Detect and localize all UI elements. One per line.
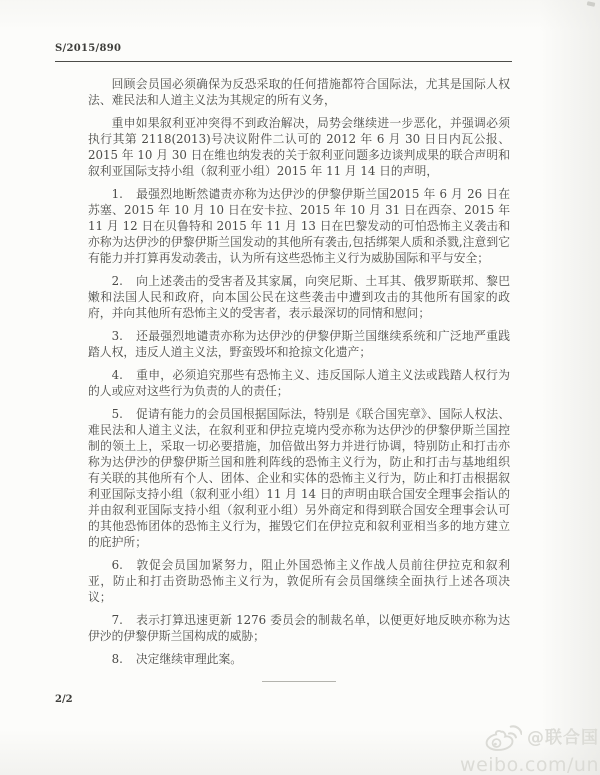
document-number: S/2015/890 xyxy=(55,43,121,54)
page-number: 2/2 xyxy=(55,694,73,705)
item-text: 促请有能力的会员国根据国际法，特别是《联合国宪章》、国际人权法、难民法和人道主义… xyxy=(88,407,510,549)
item-text: 重申，必须追究那些有恐怖主义、违反国际人道主义法或践踏人权行为的人或应对这些行为… xyxy=(88,368,510,398)
item-text: 最强烈地断然谴责亦称为达伊沙的伊黎伊斯兰国2015 年 6 月 26 日在苏塞、… xyxy=(88,187,510,265)
list-item: 5.促请有能力的会员国根据国际法，特别是《联合国宪章》、国际人权法、难民法和人道… xyxy=(88,406,510,550)
preamble-text: 回顾会员国必须确保为反恐采取的任何措施都符合国际法，尤其是国际人权法、难民法和人… xyxy=(88,77,510,107)
preamble-paragraph: 重申如果叙利亚冲突得不到政治解决，局势会继续进一步恶化，并强调必须执行其第 21… xyxy=(88,115,510,179)
list-item: 7.表示打算迅速更新 1276 委员会的制裁名单，以便更好地反映亦称为达伊沙的伊… xyxy=(88,612,510,644)
item-number: 5. xyxy=(112,407,136,421)
item-number: 6. xyxy=(112,558,136,572)
item-text: 决定继续审理此案。 xyxy=(136,652,242,666)
end-of-document-divider xyxy=(262,681,336,682)
item-number: 1. xyxy=(112,187,136,201)
item-number: 2. xyxy=(112,274,136,288)
list-item: 8.决定继续审理此案。 xyxy=(88,651,510,667)
list-item: 1.最强烈地断然谴责亦称为达伊沙的伊黎伊斯兰国2015 年 6 月 26 日在苏… xyxy=(88,186,510,266)
weibo-handle: @联合国 xyxy=(527,730,599,747)
item-number: 4. xyxy=(112,368,136,382)
item-number: 7. xyxy=(112,613,136,627)
item-text: 表示打算迅速更新 1276 委员会的制裁名单，以便更好地反映亦称为达伊沙的伊黎伊… xyxy=(88,613,510,643)
list-item: 2.向上述袭击的受害者及其家属，向突尼斯、土耳其、俄罗斯联邦、黎巴嫩和法国人民和… xyxy=(88,273,510,321)
preamble-paragraph: 回顾会员国必须确保为反恐采取的任何措施都符合国际法，尤其是国际人权法、难民法和人… xyxy=(88,76,510,108)
list-item: 3.还最强烈地谴责亦称为达伊沙的伊黎伊斯兰国继续系统和广泛地严重践踏人权，违反人… xyxy=(88,328,510,360)
item-number: 3. xyxy=(112,329,136,343)
preamble-text: 重申如果叙利亚冲突得不到政治解决，局势会继续进一步恶化，并强调必须执行其第 21… xyxy=(88,116,510,178)
item-text: 还最强烈地谴责亦称为达伊沙的伊黎伊斯兰国继续系统和广泛地严重践踏人权，违反人道主… xyxy=(88,329,510,359)
item-text: 向上述袭击的受害者及其家属，向突尼斯、土耳其、俄罗斯联邦、黎巴嫩和法国人民和政府… xyxy=(88,274,510,320)
document-body: 回顾会员国必须确保为反恐采取的任何措施都符合国际法，尤其是国际人权法、难民法和人… xyxy=(88,76,510,682)
weibo-watermark: @联合国 weibo.com/un xyxy=(460,722,599,775)
list-item: 4.重申，必须追究那些有恐怖主义、违反国际人道主义法或践踏人权行为的人或应对这些… xyxy=(88,367,510,399)
scan-artifact xyxy=(587,1,596,7)
header-divider xyxy=(55,61,512,62)
weibo-icon xyxy=(484,722,522,755)
item-number: 8. xyxy=(112,652,136,666)
scanned-document-page: S/2015/890 回顾会员国必须确保为反恐采取的任何措施都符合国际法，尤其是… xyxy=(0,0,600,775)
list-item: 6.敦促会员国加紧努力，阻止外国恐怖主义作战人员前往伊拉克和叙利亚，防止和打击资… xyxy=(88,557,510,605)
weibo-url: weibo.com/un xyxy=(460,756,599,775)
item-text: 敦促会员国加紧努力，阻止外国恐怖主义作战人员前往伊拉克和叙利亚，防止和打击资助恐… xyxy=(88,558,510,604)
